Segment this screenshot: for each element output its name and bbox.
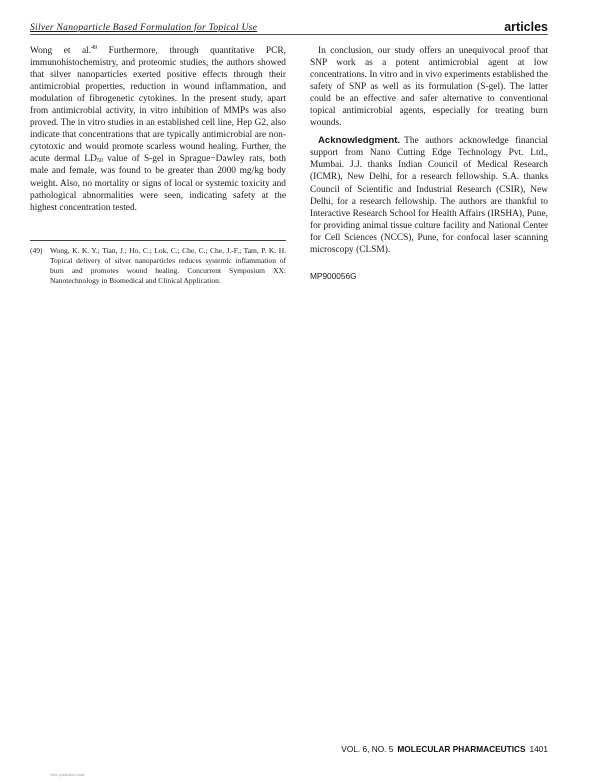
discussion-paragraph: Wong et al.49 Furthermore, through quant… bbox=[30, 45, 286, 214]
footnote-text: Wong, K. K. Y.; Tian, J.; Ho, C.; Lok, C… bbox=[50, 246, 286, 286]
footnote-number: (49) bbox=[30, 246, 50, 286]
volume-issue: VOL. 6, NO. 5 bbox=[341, 744, 393, 754]
page-header: Silver Nanoparticle Based Formulation fo… bbox=[30, 19, 548, 35]
conclusion-paragraph: In conclusion, our study offers an unequ… bbox=[310, 45, 548, 129]
page-footer: VOL. 6, NO. 5MOLECULAR PHARMACEUTICS1401 bbox=[341, 744, 548, 754]
paragraph-text: Furthermore, through quantitative PCR, i… bbox=[30, 46, 286, 164]
footnote-49: (49) Wong, K. K. Y.; Tian, J.; Ho, C.; L… bbox=[30, 246, 286, 286]
acknowledgment-heading: Acknowledgment. bbox=[318, 135, 400, 146]
page-number: 1401 bbox=[530, 744, 548, 754]
acknowledgment-paragraph: Acknowledgment.The authors acknowledge f… bbox=[310, 135, 548, 255]
view-publication-stats-link[interactable]: View publication stats bbox=[50, 773, 85, 777]
journal-name: MOLECULAR PHARMACEUTICS bbox=[397, 744, 525, 754]
manuscript-id: MP900056G bbox=[310, 270, 548, 282]
footnote-divider bbox=[30, 240, 286, 241]
left-column: Wong et al.49 Furthermore, through quant… bbox=[30, 45, 286, 214]
acknowledgment-text: The authors acknowledge financial suppor… bbox=[310, 136, 548, 254]
section-label: articles bbox=[504, 20, 548, 34]
running-title: Silver Nanoparticle Based Formulation fo… bbox=[30, 22, 257, 33]
right-column: In conclusion, our study offers an unequ… bbox=[310, 45, 548, 282]
paragraph-text: Wong et al. bbox=[30, 46, 91, 56]
